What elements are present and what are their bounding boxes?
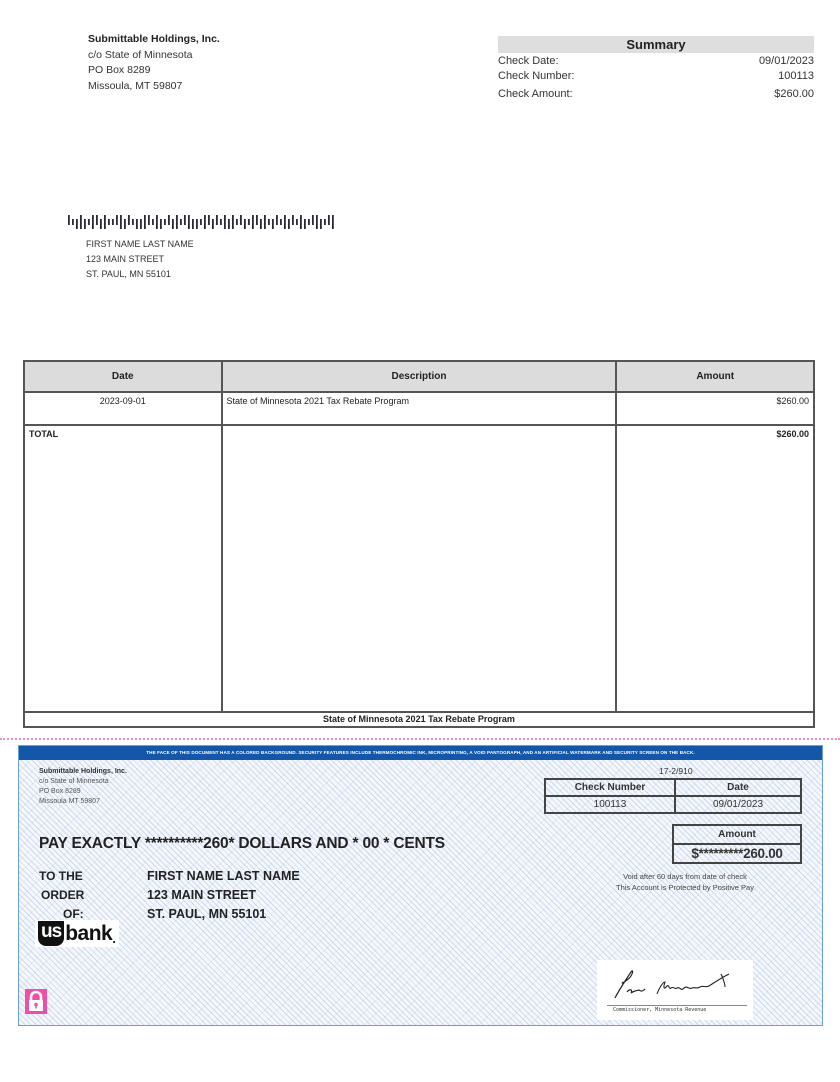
recipient-city-state-zip: ST. PAUL, MN 55101 — [86, 267, 194, 282]
order-label-line: TO THE — [39, 867, 84, 886]
pay-amount-line: PAY EXACTLY **********260* DOLLARS AND *… — [39, 835, 445, 853]
recipient-address: FIRST NAME LAST NAME 123 MAIN STREET ST.… — [86, 237, 194, 282]
table-row: 2023-09-01 State of Minnesota 2021 Tax R… — [24, 392, 814, 425]
logo-bank: bank — [65, 923, 112, 945]
check-sender-city-state-zip: Missoula MT 59807 — [39, 797, 127, 807]
check-sender-company: Submittable Holdings, Inc. — [39, 767, 127, 777]
date-label: Date — [675, 779, 801, 796]
logo-dot: . — [112, 931, 116, 946]
date-value: 09/01/2023 — [675, 796, 801, 813]
summary-label: Check Amount: — [498, 87, 573, 101]
summary-row-check-amount: Check Amount: $260.00 — [498, 87, 814, 101]
amount-label: Amount — [673, 825, 801, 844]
check-number-date-box: Check Number Date 100113 09/01/2023 — [544, 778, 802, 814]
summary-value: 09/01/2023 — [759, 54, 814, 68]
summary-label: Check Date: — [498, 54, 559, 68]
signature-block: Commissioner, Minnesota Revenue — [597, 960, 753, 1020]
summary-label: Check Number: — [498, 69, 574, 83]
postal-barcode — [68, 214, 338, 230]
table-footer: State of Minnesota 2021 Tax Rebate Progr… — [24, 712, 814, 727]
void-notice: Void after 60 days from date of check — [591, 871, 779, 882]
summary-title: Summary — [498, 36, 814, 53]
row-date: 2023-09-01 — [24, 392, 222, 425]
summary-row-check-number: Check Number: 100113 — [498, 69, 814, 83]
signature-icon — [597, 960, 753, 1006]
recipient-street: 123 MAIN STREET — [86, 252, 194, 267]
sender-address: Submittable Holdings, Inc. c/o State of … — [88, 32, 220, 94]
lock-icon — [25, 989, 47, 1014]
sender-company: Submittable Holdings, Inc. — [88, 32, 220, 48]
check: THE FACE OF THIS DOCUMENT HAS A COLORED … — [18, 745, 823, 1026]
payee-address: FIRST NAME LAST NAME 123 MAIN STREET ST.… — [147, 867, 300, 924]
amount-box: Amount $*********260.00 — [672, 824, 802, 864]
total-label: TOTAL — [24, 425, 222, 712]
column-header-description: Description — [222, 361, 617, 392]
column-header-date: Date — [24, 361, 222, 392]
payee-street: 123 MAIN STREET — [147, 886, 300, 905]
to-the-order-of-label: TO THE ORDER OF: — [39, 867, 84, 924]
check-number-value: 100113 — [545, 796, 675, 813]
payment-details-table: Date Description Amount 2023-09-01 State… — [23, 360, 815, 728]
row-amount: $260.00 — [616, 392, 814, 425]
summary-box: Summary Check Date: 09/01/2023 Check Num… — [498, 36, 814, 101]
total-amount: $260.00 — [616, 425, 814, 712]
logo-us: us — [38, 921, 64, 946]
payee-city-state-zip: ST. PAUL, MN 55101 — [147, 905, 300, 924]
column-header-amount: Amount — [616, 361, 814, 392]
amount-value: $*********260.00 — [673, 844, 801, 863]
check-number-label: Check Number — [545, 779, 675, 796]
routing-fraction: 17-2/910 — [659, 766, 693, 776]
check-sender-care-of: c/o State of Minnesota — [39, 777, 127, 787]
total-description-cell — [222, 425, 617, 712]
summary-value: 100113 — [778, 69, 814, 83]
row-description: State of Minnesota 2021 Tax Rebate Progr… — [222, 392, 617, 425]
summary-value: $260.00 — [774, 87, 814, 101]
table-footer-row: State of Minnesota 2021 Tax Rebate Progr… — [24, 712, 814, 727]
positive-pay-notice: This Account is Protected by Positive Pa… — [591, 882, 779, 893]
check-notices: Void after 60 days from date of check Th… — [591, 871, 779, 893]
signature-title: Commissioner, Minnesota Revenue — [607, 1005, 747, 1013]
check-sender-address: Submittable Holdings, Inc. c/o State of … — [39, 767, 127, 807]
sender-care-of: c/o State of Minnesota — [88, 48, 220, 64]
sender-po-box: PO Box 8289 — [88, 63, 220, 79]
usbank-logo: us bank . — [35, 920, 119, 947]
summary-row-check-date: Check Date: 09/01/2023 — [498, 54, 814, 68]
order-label-line: ORDER — [39, 886, 84, 905]
security-banner: THE FACE OF THIS DOCUMENT HAS A COLORED … — [19, 746, 822, 760]
check-sender-po-box: PO Box 8289 — [39, 787, 127, 797]
total-row: TOTAL $260.00 — [24, 425, 814, 712]
perforation-line — [0, 738, 840, 740]
table-header-row: Date Description Amount — [24, 361, 814, 392]
sender-city-state-zip: Missoula, MT 59807 — [88, 79, 220, 95]
payee-name: FIRST NAME LAST NAME — [147, 867, 300, 886]
recipient-name: FIRST NAME LAST NAME — [86, 237, 194, 252]
